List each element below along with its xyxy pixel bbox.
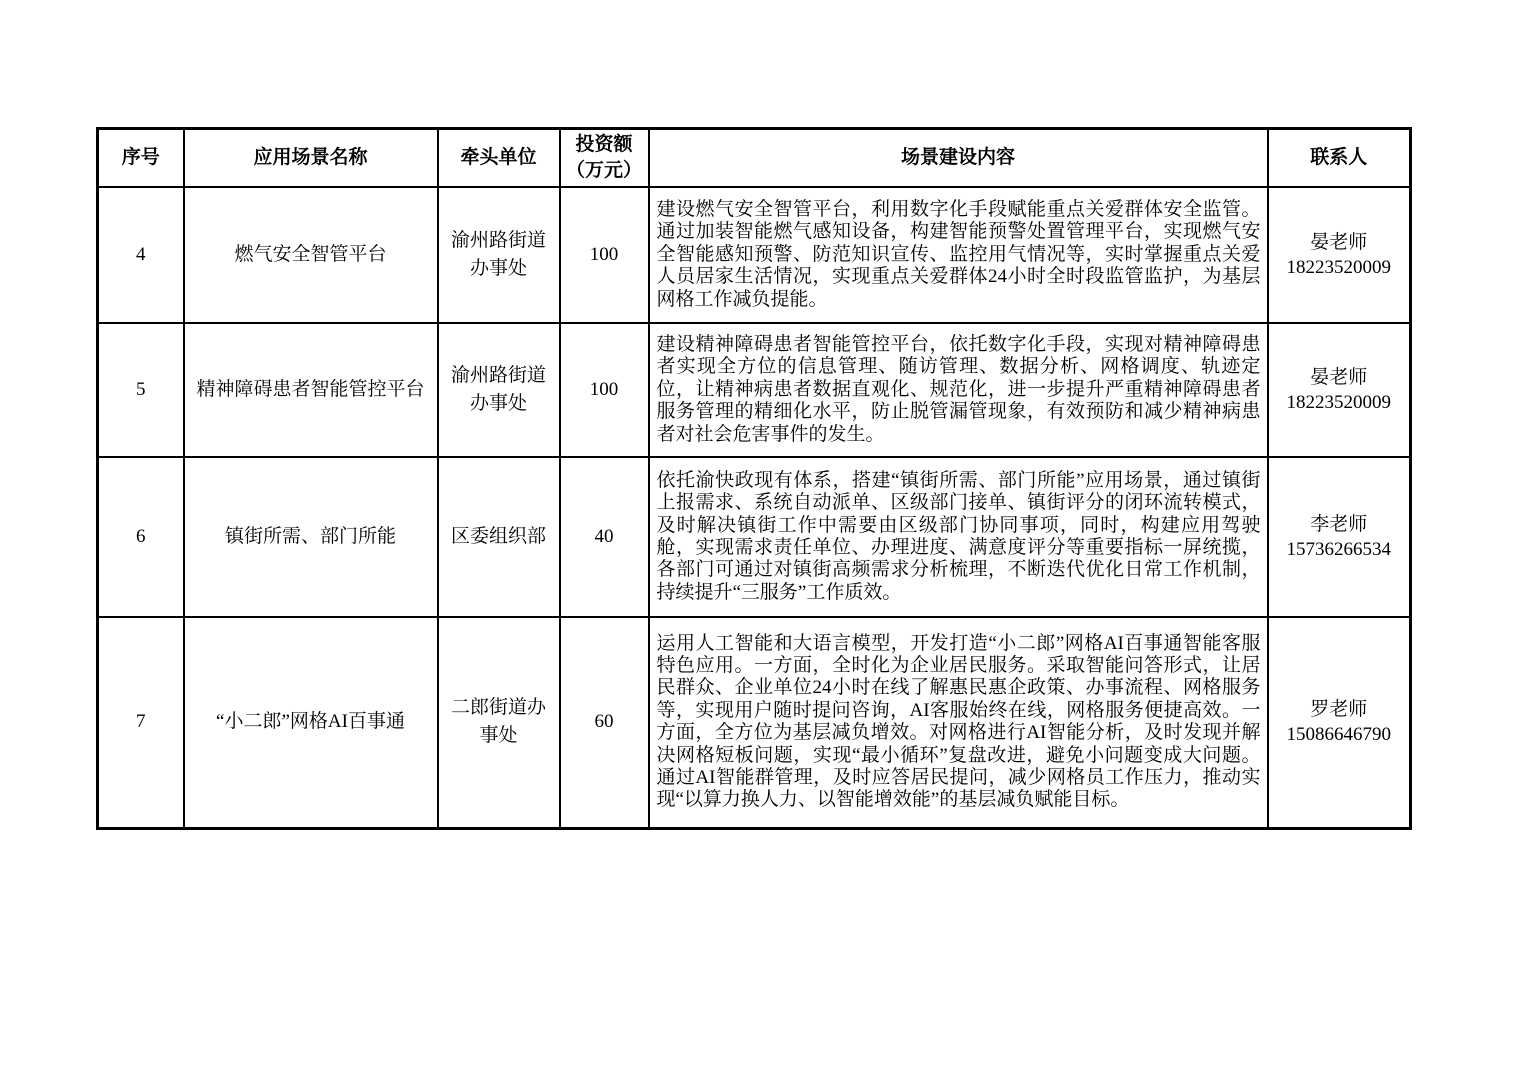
contact-name: 晏老师 xyxy=(1277,365,1402,390)
cell-investment: 100 xyxy=(560,323,649,457)
cell-investment: 60 xyxy=(560,617,649,828)
header-serial-number: 序号 xyxy=(98,129,184,188)
cell-serial-number: 4 xyxy=(98,187,184,323)
scenario-table: 序号 应用场景名称 牵头单位 投资额 （万元） 场景建设内容 联系人 4 燃气安… xyxy=(96,127,1412,830)
cell-serial-number: 5 xyxy=(98,323,184,457)
cell-contact: 晏老师 18223520009 xyxy=(1268,187,1411,323)
cell-lead-unit: 渝州路街道办事处 xyxy=(438,187,560,323)
document-page: 序号 应用场景名称 牵头单位 投资额 （万元） 场景建设内容 联系人 4 燃气安… xyxy=(0,0,1520,1074)
cell-scenario-name: 燃气安全智管平台 xyxy=(184,187,438,323)
cell-scenario-name: 精神障碍患者智能管控平台 xyxy=(184,323,438,457)
contact-name: 罗老师 xyxy=(1277,697,1402,722)
cell-construction-content: 依托渝快政现有体系，搭建“镇街所需、部门所能”应用场景，通过镇街上报需求、系统自… xyxy=(649,457,1268,617)
header-scenario-name: 应用场景名称 xyxy=(184,129,438,188)
cell-lead-unit: 渝州路街道办事处 xyxy=(438,323,560,457)
cell-construction-content: 建设精神障碍患者智能管控平台，依托数字化手段，实现对精神障碍患者实现全方位的信息… xyxy=(649,323,1268,457)
cell-construction-content: 建设燃气安全智管平台，利用数字化手段赋能重点关爱群体安全监管。通过加装智能燃气感… xyxy=(649,187,1268,323)
cell-lead-unit: 区委组织部 xyxy=(438,457,560,617)
cell-scenario-name: “小二郎”网格AI百事通 xyxy=(184,617,438,828)
cell-construction-content: 运用人工智能和大语言模型，开发打造“小二郎”网格AI百事通智能客服特色应用。一方… xyxy=(649,617,1268,828)
contact-phone: 15086646790 xyxy=(1277,722,1402,747)
cell-serial-number: 7 xyxy=(98,617,184,828)
cell-contact: 李老师 15736266534 xyxy=(1268,457,1411,617)
cell-contact: 晏老师 18223520009 xyxy=(1268,323,1411,457)
cell-scenario-name: 镇街所需、部门所能 xyxy=(184,457,438,617)
contact-phone: 18223520009 xyxy=(1277,390,1402,415)
header-contact: 联系人 xyxy=(1268,129,1411,188)
cell-investment: 40 xyxy=(560,457,649,617)
table-row: 6 镇街所需、部门所能 区委组织部 40 依托渝快政现有体系，搭建“镇街所需、部… xyxy=(98,457,1411,617)
cell-lead-unit: 二郎街道办事处 xyxy=(438,617,560,828)
contact-name: 李老师 xyxy=(1277,512,1402,537)
contact-name: 晏老师 xyxy=(1277,230,1402,255)
header-lead-unit: 牵头单位 xyxy=(438,129,560,188)
cell-serial-number: 6 xyxy=(98,457,184,617)
contact-phone: 18223520009 xyxy=(1277,255,1402,280)
table-row: 4 燃气安全智管平台 渝州路街道办事处 100 建设燃气安全智管平台，利用数字化… xyxy=(98,187,1411,323)
cell-investment: 100 xyxy=(560,187,649,323)
header-construction-content: 场景建设内容 xyxy=(649,129,1268,188)
table-row: 7 “小二郎”网格AI百事通 二郎街道办事处 60 运用人工智能和大语言模型，开… xyxy=(98,617,1411,828)
header-row: 序号 应用场景名称 牵头单位 投资额 （万元） 场景建设内容 联系人 xyxy=(98,129,1411,188)
header-investment: 投资额 （万元） xyxy=(560,129,649,188)
table-row: 5 精神障碍患者智能管控平台 渝州路街道办事处 100 建设精神障碍患者智能管控… xyxy=(98,323,1411,457)
cell-contact: 罗老师 15086646790 xyxy=(1268,617,1411,828)
contact-phone: 15736266534 xyxy=(1277,537,1402,562)
